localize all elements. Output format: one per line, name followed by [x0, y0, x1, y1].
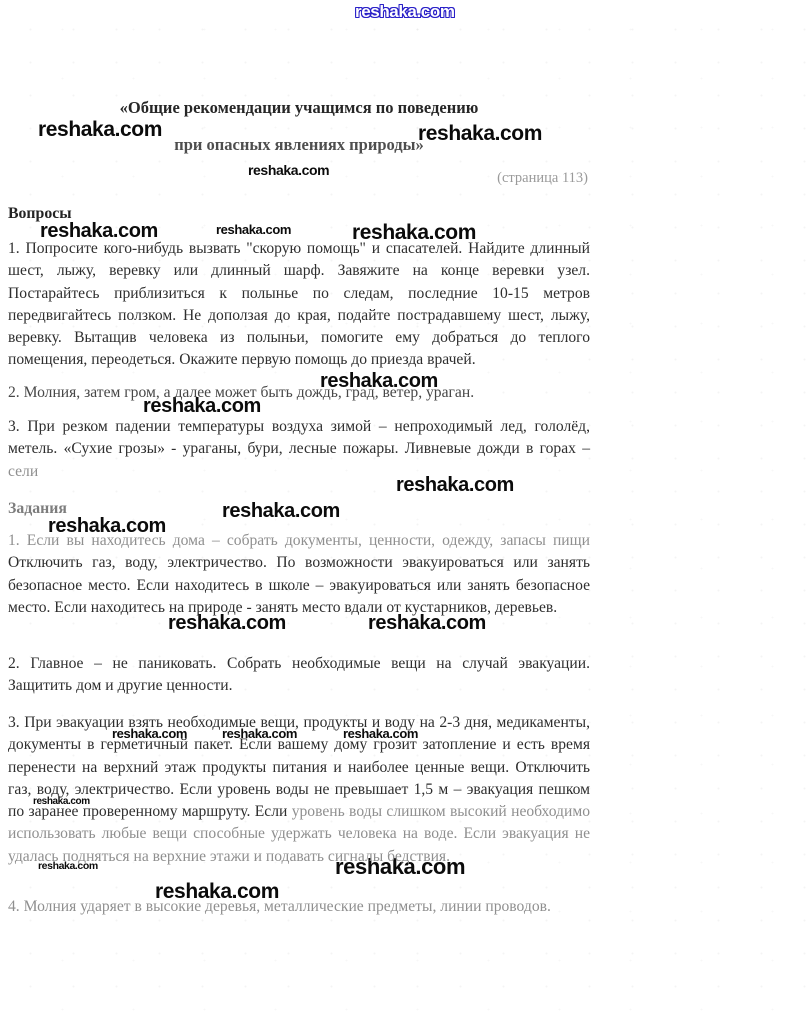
question-answer-3-faded: сели [8, 463, 38, 480]
document-title-line2: при опасных явлениях природы» [8, 135, 590, 154]
question-answer-2: 2. Молния, затем гром, а далее может быт… [8, 382, 590, 404]
questions-heading: Вопросы [8, 203, 590, 225]
scanned-document-page: reshaka.com reshaka.com reshaka.com resh… [0, 0, 812, 1015]
question-answer-3-main: 3. При резком падении температуры воздух… [8, 418, 590, 457]
question-answer-3: 3. При резком падении температуры воздух… [8, 416, 590, 483]
task-answer-1: 1. Если вы находитесь дома – собрать док… [8, 530, 590, 619]
tasks-heading: Задания [8, 498, 590, 520]
watermark-site-logo: reshaka.com [355, 3, 455, 20]
task-answer-1-faded: 1. Если вы находитесь дома – собрать док… [8, 532, 590, 549]
task-answer-1-main: Отключить газ, воду, электричество. По в… [8, 554, 590, 616]
document-title-line1: «Общие рекомендации учащимся по поведени… [8, 98, 590, 117]
task-answer-2: 2. Главное – не паниковать. Собрать необ… [8, 653, 590, 698]
page-reference: (страница 113) [8, 167, 588, 189]
task-answer-3: 3. При эвакуации взять необходимые вещи,… [8, 712, 590, 868]
task-answer-4: 4. Молния ударяет в высокие деревья, мет… [8, 896, 590, 918]
question-answer-1: 1. Попросите кого-нибудь вызвать "скорую… [8, 238, 590, 372]
